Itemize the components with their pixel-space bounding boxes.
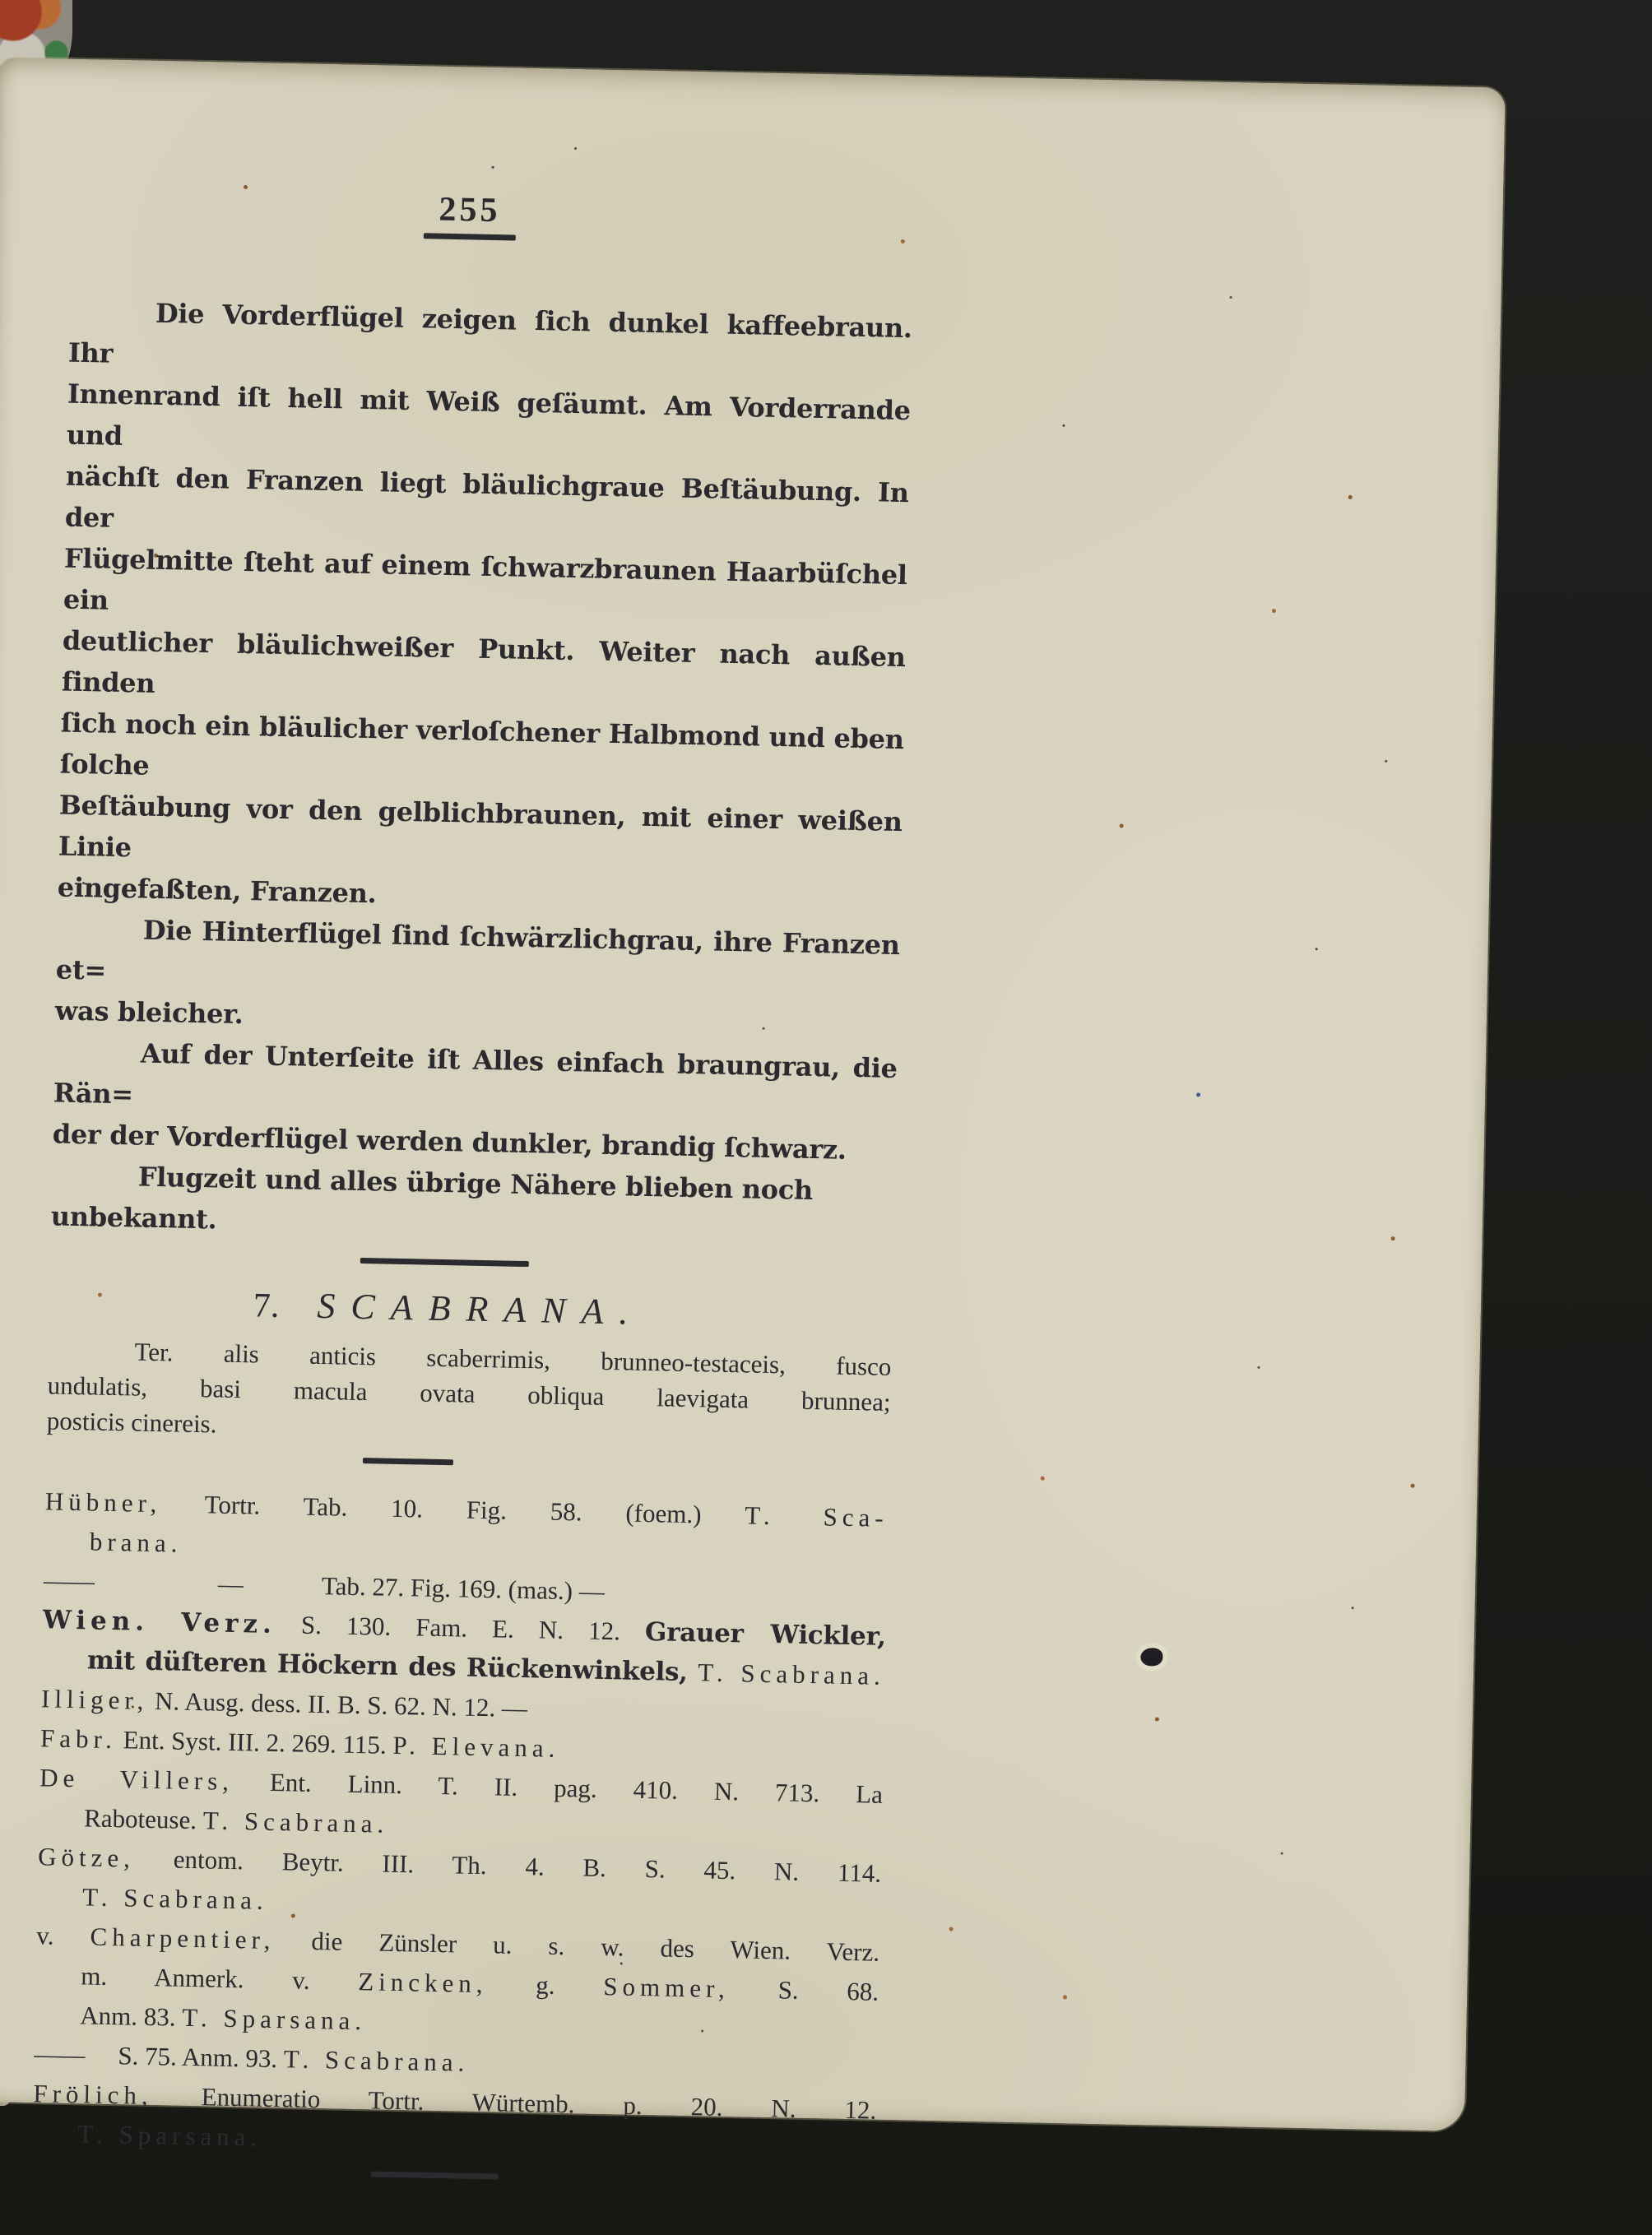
text-segment: De Villers, xyxy=(39,1763,234,1796)
species-number: 7. xyxy=(253,1287,279,1325)
text-segment: brana. xyxy=(90,1527,183,1557)
text-column: 255 Die Vorderflügel zeigen ſich dunkel … xyxy=(32,183,915,2187)
text-segment: Sommer, xyxy=(603,1972,730,2003)
text-segment: Charpentier, xyxy=(90,1922,276,1955)
bibliography-list: Hübner, Tortr. Tab. 10. Fig. 58. (foem.)… xyxy=(32,1481,889,2169)
text-segment: Zincken, xyxy=(358,1967,488,1998)
text-segment: S. 68. xyxy=(730,1974,879,2006)
text-segment: Frölich, xyxy=(33,2079,153,2110)
text-segment: Götze, xyxy=(38,1842,135,1872)
text-segment: T. Sparsana. xyxy=(182,2003,366,2035)
text-segment: Fabr. xyxy=(40,1723,118,1754)
text-segment: T. Sparsana. xyxy=(77,2119,262,2151)
text-segment: Illiger, xyxy=(41,1684,149,1715)
page-number: 255 xyxy=(48,182,892,239)
ink-blot xyxy=(1140,1648,1162,1667)
text-segment: Tab. 27. Fig. 169. (mas.) — xyxy=(322,1571,606,1606)
page-number-underline xyxy=(423,233,515,240)
text-segment: N. Ausg. dess. II. B. S. 62. N. 12. — xyxy=(148,1686,527,1723)
text-segment: die Zünsler u. s. w. des Wien. Verz. xyxy=(275,1926,879,1967)
text-segment: P. Elevana. xyxy=(392,1731,560,1763)
text-segment: —— xyxy=(34,2039,86,2069)
description-line: Flugzeit und alles übrige Nähere blieben… xyxy=(50,1154,895,1254)
text-segment: T. Scabrana. xyxy=(82,1882,268,1915)
text-segment: T. Scabrana. xyxy=(284,2044,470,2077)
text-segment: T. Sca- xyxy=(745,1500,889,1532)
text-segment: Raboteuse. xyxy=(84,1803,203,1834)
text-segment: — xyxy=(218,1570,244,1599)
text-segment: Anm. 83. xyxy=(80,2001,183,2031)
section-divider xyxy=(360,1258,529,1267)
text-segment: T. Scabrana. xyxy=(698,1658,885,1690)
text-segment: Tortr. Tab. 10. Fig. 58. (foem.) xyxy=(161,1489,745,1529)
text-segment: —— xyxy=(44,1565,95,1595)
section-heading: 7.SCABRANA. xyxy=(26,1278,870,1341)
page-header: 255 xyxy=(48,182,892,248)
text-segment: Wien. Verz. xyxy=(43,1605,277,1639)
latin-diagnosis: Ter. alis anticis scaberrimis, brunneo-t… xyxy=(46,1332,891,1455)
text-segment: Ent. Linn. T. II. pag. 410. N. 713. La xyxy=(234,1767,884,1809)
book-page-scan: 255 Die Vorderflügel zeigen ſich dunkel … xyxy=(0,58,1506,2131)
text-segment: Hübner, xyxy=(45,1486,162,1518)
text-segment: Grauer Wickler, xyxy=(645,1617,887,1652)
diagnosis-divider xyxy=(363,1458,453,1465)
text-segment: v. xyxy=(36,1921,90,1950)
description-paragraphs: Die Vorderflügel zeigen ſich dunkel kaff… xyxy=(50,291,912,1254)
paper-speckles xyxy=(0,58,2,60)
text-segment: g. xyxy=(487,1969,603,2001)
species-name: SCABRANA. xyxy=(317,1286,644,1333)
text-segment: S. 130. Fam. E. N. 12. xyxy=(276,1610,646,1646)
text-segment: Ent. Syst. III. 2. 269. 115. xyxy=(117,1725,393,1760)
text-segment: T. Scabrana. xyxy=(202,1806,388,1839)
text-segment: m. Anmerk. v. xyxy=(81,1961,359,1996)
text-segment: S. 75. Anm. 93. xyxy=(118,2041,284,2073)
